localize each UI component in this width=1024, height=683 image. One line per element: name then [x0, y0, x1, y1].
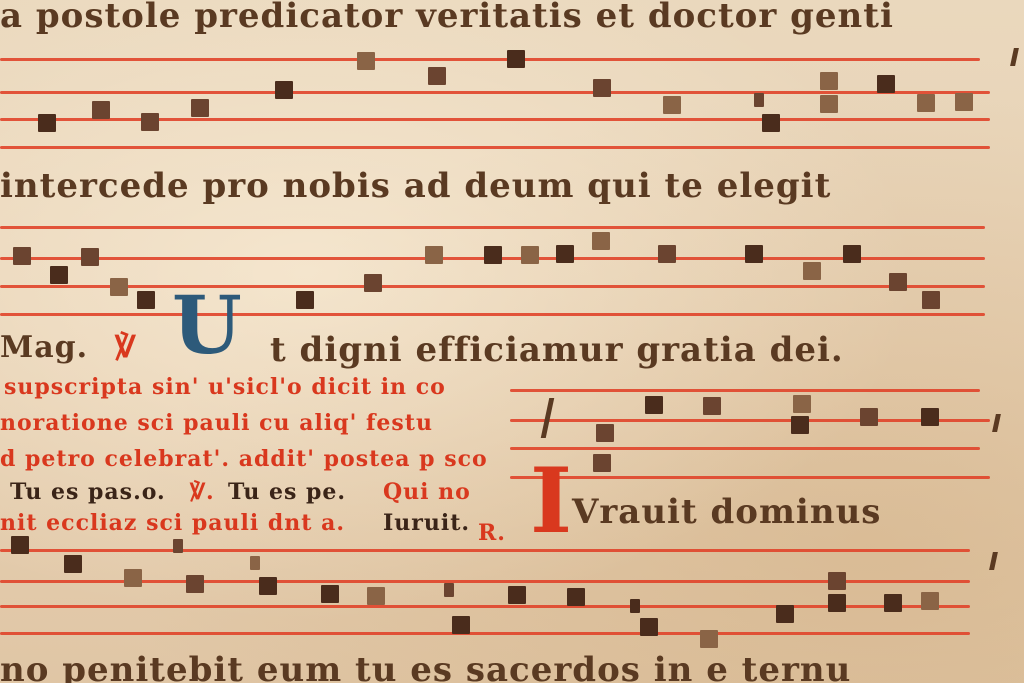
staff-line: [510, 419, 990, 422]
staff-line: [0, 605, 970, 608]
illuminated-initial-u: U: [172, 278, 242, 372]
neume-note: [137, 291, 155, 309]
staff-line: [0, 91, 990, 94]
neume-note: [955, 93, 973, 111]
neume-note: [762, 114, 780, 132]
neume-note: [754, 93, 764, 107]
neume-note: [596, 424, 614, 442]
neume-note: [803, 262, 821, 280]
neume-note: [889, 273, 907, 291]
custos-mark: [1010, 48, 1019, 66]
neume-note: [828, 594, 846, 612]
versicle-mark-2: ℣.: [190, 479, 215, 505]
neume-note: [275, 81, 293, 99]
staff-line: [0, 146, 990, 149]
neume-note: [357, 52, 375, 70]
responsory-mark: R.: [478, 520, 506, 546]
staff-line: [0, 549, 970, 552]
neume-note: [141, 113, 159, 131]
custos-mark: [989, 552, 998, 570]
neume-note: [64, 555, 82, 573]
neume-note: [81, 248, 99, 266]
neume-note: [567, 588, 585, 606]
neume-note: [793, 395, 811, 413]
neume-note: [250, 556, 260, 570]
neume-note: [745, 245, 763, 263]
neume-note: [820, 72, 838, 90]
text-line-3: t digni efficiamur gratia dei.: [270, 330, 844, 370]
neume-note: [259, 577, 277, 595]
neume-note: [124, 569, 142, 587]
neume-note: [50, 266, 68, 284]
staff-line: [0, 580, 970, 583]
neume-note: [296, 291, 314, 309]
incipit-iuravit: Iuruit.: [383, 510, 470, 536]
staff-line: [0, 226, 985, 229]
rubric-qui-non: Qui no: [383, 479, 471, 505]
neume-note: [191, 99, 209, 117]
neume-note: [860, 408, 878, 426]
neume-note: [110, 278, 128, 296]
versicle-mark: ℣: [115, 330, 137, 365]
neume-note: [593, 454, 611, 472]
rubric-line-2: noratione sci pauli cu aliq' festu: [0, 410, 433, 436]
neume-note: [921, 592, 939, 610]
neume-note: [884, 594, 902, 612]
neume-note: [556, 245, 574, 263]
text-line-1: a postole predicator veritatis et doctor…: [0, 0, 894, 36]
staff-line: [510, 447, 980, 450]
neume-note: [444, 583, 454, 597]
staff-line: [510, 389, 980, 392]
staff-line: [0, 632, 970, 635]
neume-note: [321, 585, 339, 603]
text-line-5: Vrauit dominus: [572, 492, 881, 532]
staff-line: [0, 313, 985, 316]
neume-note: [776, 605, 794, 623]
neume-note: [364, 274, 382, 292]
neume-note: [11, 536, 29, 554]
neume-note: [593, 79, 611, 97]
staff-line: [510, 476, 990, 479]
neume-note: [521, 246, 539, 264]
neume-note: [663, 96, 681, 114]
neume-note: [658, 245, 676, 263]
neume-note: [828, 572, 846, 590]
neume-note: [700, 630, 718, 648]
neume-note: [703, 397, 721, 415]
neume-note: [507, 50, 525, 68]
neume-note: [922, 291, 940, 309]
neume-note: [592, 232, 610, 250]
neume-note: [425, 246, 443, 264]
manuscript-page: a postole predicator veritatis et doctor…: [0, 0, 1024, 683]
custos-mark: [992, 414, 1001, 432]
neume-note: [921, 408, 939, 426]
rubric-line-5: nit eccliaz sci pauli dnt a.: [0, 510, 345, 536]
text-line-6: no penitebit eum tu es sacerdos in e ter…: [0, 650, 851, 683]
neume-note: [38, 114, 56, 132]
neume-note: [92, 101, 110, 119]
neume-note: [13, 247, 31, 265]
neume-note: [367, 587, 385, 605]
neume-note: [630, 599, 640, 613]
neume-note: [640, 618, 658, 636]
neume-note: [791, 416, 809, 434]
neume-note: [452, 616, 470, 634]
neume-note: [428, 67, 446, 85]
neume-note: [508, 586, 526, 604]
neume-note: [820, 95, 838, 113]
rubric-line-1: supscripta sin' u'sicl'o dicit in co: [4, 374, 446, 400]
incipit-tu-es-pastor: Tu es pas.o.: [10, 479, 166, 505]
neume-note: [186, 575, 204, 593]
neume-note: [843, 245, 861, 263]
neume-note: [173, 539, 183, 553]
neume-note: [645, 396, 663, 414]
staff-line: [0, 285, 985, 288]
neume-note: [484, 246, 502, 264]
illuminated-initial-i: I: [530, 448, 572, 554]
rubric-line-3: d petro celebrat'. addit' postea p sco: [0, 446, 488, 472]
text-line-3-prefix: Mag.: [0, 330, 88, 365]
clef-mark: [541, 398, 555, 438]
staff-line: [0, 58, 980, 61]
incipit-tu-es-petrus: Tu es pe.: [228, 479, 346, 505]
text-line-2: intercede pro nobis ad deum qui te elegi…: [0, 166, 831, 206]
neume-note: [917, 94, 935, 112]
neume-note: [877, 75, 895, 93]
